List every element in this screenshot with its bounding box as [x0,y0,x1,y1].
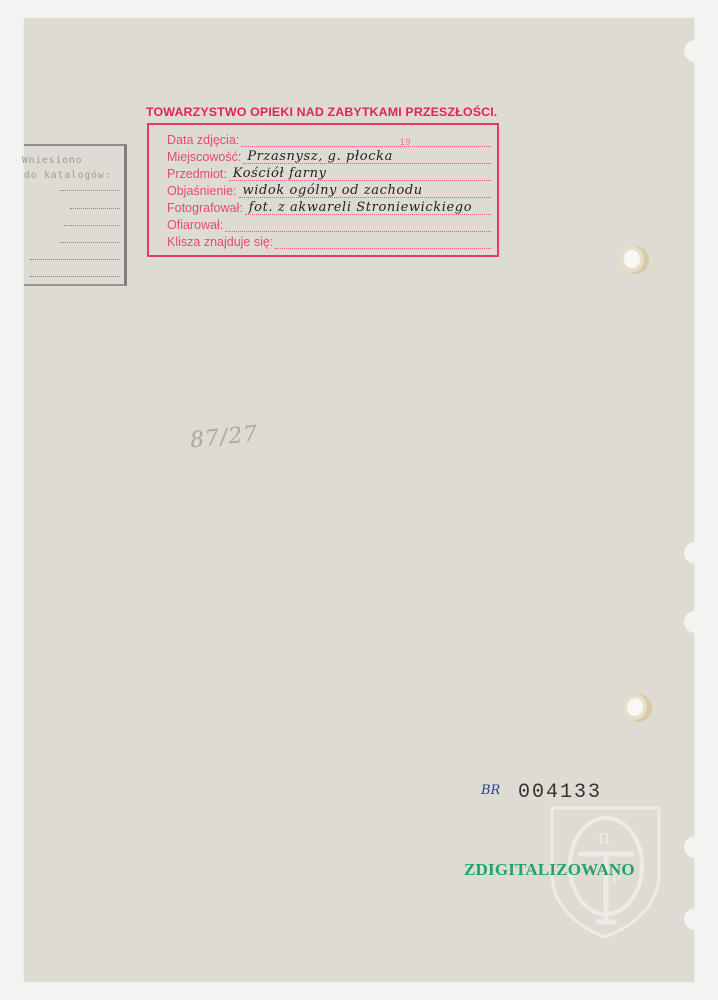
year-prefix: 19 [400,137,411,147]
catalog-line [70,208,120,209]
field-label: Fotografował: [167,201,243,215]
field-label: Miejscowość: [167,150,241,164]
field-location: Miejscowość: Przasnysz, g. płocka [167,147,491,164]
catalog-line [30,276,120,277]
catalog-line [60,242,120,243]
punch-notch-bottom [684,836,706,858]
catalog-stamp-line2: do katalogów: [24,170,111,181]
handwritten-value: Kościół farny [233,166,327,181]
field-label: Ofiarował: [167,218,223,232]
catalog-line [30,259,120,260]
field-label: Data zdjęcia: [167,133,239,147]
punch-notch-top [684,40,706,62]
field-negative-location: Klisza znajduje się: [167,232,491,249]
field-value [225,215,491,232]
field-value [275,232,491,249]
handwritten-value: Przasnysz, g. płocka [247,149,393,164]
field-value: Kościół farny [229,164,491,181]
handwritten-value: fot. z akwareli Stroniewickiego [249,200,472,215]
svg-text:n: n [598,824,610,850]
binding-hole-upper [624,250,640,268]
field-value: Przasnysz, g. płocka [243,147,491,164]
punch-notch-middle [684,542,706,564]
field-photographer: Fotografował: fot. z akwareli Stroniewic… [167,198,491,215]
field-label: Klisza znajduje się: [167,235,273,249]
digitized-stamp: ZDIGITALIZOWANO [464,860,635,880]
catalog-stamp: Wniesiono do katalogów: [24,144,127,286]
field-label: Przedmiot: [167,167,227,181]
handwritten-value: widok ogólny od zachodu [243,183,423,198]
field-photo-date: Data zdjęcia: 19 [167,130,491,147]
field-value: 19 [241,130,491,147]
record-stamp-box: Data zdjęcia: 19 Miejscowość: Przasnysz,… [147,123,499,257]
field-description: Objaśnienie: widok ogólny od zachodu [167,181,491,198]
binding-hole-lower [627,698,643,716]
catalog-line [64,225,120,226]
inventory-prefix: BR [481,783,500,798]
field-value: fot. z akwareli Stroniewickiego [245,198,491,215]
punch-notch-base [684,908,706,930]
inventory-number: 004133 [518,781,602,804]
catalog-line [60,190,120,191]
field-label: Objaśnienie: [167,184,237,198]
punch-notch-lower [684,611,706,633]
field-subject: Przedmiot: Kościół farny [167,164,491,181]
field-value: widok ogólny od zachodu [239,181,492,198]
catalog-stamp-line1: Wniesiono [22,155,82,166]
field-donor: Ofiarował: [167,215,491,232]
stamp-society-title: TOWARZYSTWO OPIEKI NAD ZABYTKAMI PRZESZŁ… [146,105,506,119]
